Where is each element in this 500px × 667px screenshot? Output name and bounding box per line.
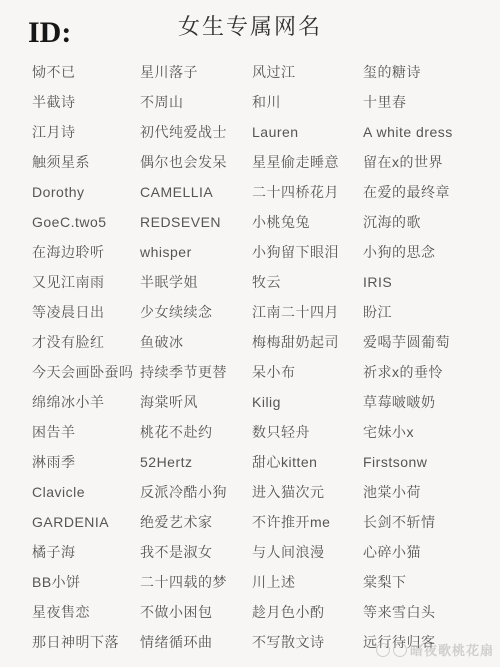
name-cell-r13c3: 数只轻舟 <box>252 422 363 442</box>
name-cell-r17c3: 与人间浪漫 <box>252 542 363 562</box>
name-cell-r6c2: REDSEVEN <box>140 214 252 230</box>
name-cell-r18c4: 棠梨下 <box>363 572 500 592</box>
name-cell-r7c3: 小狗留下眼泪 <box>252 242 363 262</box>
name-cell-r4c3: 星星偷走睡意 <box>252 152 363 172</box>
watermark-logo-icon <box>393 643 407 657</box>
name-cell-r2c1: 半截诗 <box>32 92 140 112</box>
name-cell-r17c2: 我不是淑女 <box>140 542 252 562</box>
name-cell-r19c1: 星夜售恋 <box>32 602 140 622</box>
name-cell-r9c1: 等凌晨日出 <box>32 302 140 322</box>
name-cell-r12c3: Kilig <box>252 394 363 410</box>
name-cell-r6c1: GoeC.two5 <box>32 214 140 230</box>
name-cell-r8c4: IRIS <box>363 274 500 290</box>
name-cell-r5c3: 二十四桥花月 <box>252 182 363 202</box>
name-cell-r20c2: 情绪循环曲 <box>140 632 252 652</box>
name-cell-r1c4: 玺的糖诗 <box>363 62 500 82</box>
name-cell-r19c2: 不做小困包 <box>140 602 252 622</box>
name-cell-r8c2: 半眠学姐 <box>140 272 252 292</box>
name-cell-r11c4: 祈求x的垂怜 <box>363 362 500 382</box>
name-cell-r5c2: CAMELLIA <box>140 184 252 200</box>
name-cell-r14c3: 甜心kitten <box>252 452 363 472</box>
name-cell-r1c2: 星川落子 <box>140 62 252 82</box>
name-cell-r5c1: Dorothy <box>32 184 140 200</box>
name-cell-r6c3: 小桃兔兔 <box>252 212 363 232</box>
name-cell-r17c4: 心碎小猫 <box>363 542 500 562</box>
name-cell-r18c3: 川上述 <box>252 572 363 592</box>
name-cell-r4c1: 触须星系 <box>32 152 140 172</box>
name-cell-r15c4: 池棠小荷 <box>363 482 500 502</box>
name-cell-r7c1: 在海边聆听 <box>32 242 140 262</box>
name-cell-r20c3: 不写散文诗 <box>252 632 363 652</box>
watermark: 暗夜歌桃花扇 <box>376 640 494 659</box>
name-cell-r10c4: 爱喝芋圆葡萄 <box>363 332 500 352</box>
name-cell-r8c3: 牧云 <box>252 272 363 292</box>
name-cell-r15c2: 反派冷酷小狗 <box>140 482 252 502</box>
name-cell-r3c4: A white dress <box>363 124 500 140</box>
name-cell-r13c2: 桃花不赴约 <box>140 422 252 442</box>
names-grid: 恸不已星川落子风过江玺的糖诗半截诗不周山和川十里春江月诗初代纯爱战士Lauren… <box>0 57 500 657</box>
name-cell-r2c4: 十里春 <box>363 92 500 112</box>
name-cell-r10c2: 鱼破冰 <box>140 332 252 352</box>
name-cell-r15c3: 进入猫次元 <box>252 482 363 502</box>
name-cell-r12c4: 草莓啵啵奶 <box>363 392 500 412</box>
name-cell-r1c3: 风过江 <box>252 62 363 82</box>
name-cell-r11c2: 持续季节更替 <box>140 362 252 382</box>
name-cell-r3c3: Lauren <box>252 124 363 140</box>
name-cell-r7c4: 小狗的思念 <box>363 242 500 262</box>
name-cell-r3c1: 江月诗 <box>32 122 140 142</box>
name-cell-r11c3: 呆小布 <box>252 362 363 382</box>
name-cell-r9c4: 盼江 <box>363 302 500 322</box>
name-cell-r2c3: 和川 <box>252 92 363 112</box>
name-cell-r6c4: 沉海的歌 <box>363 212 500 232</box>
name-cell-r13c4: 宅妹小x <box>363 422 500 442</box>
name-cell-r18c2: 二十四载的梦 <box>140 572 252 592</box>
name-cell-r12c1: 绵绵冰小羊 <box>32 392 140 412</box>
name-cell-r12c2: 海棠听风 <box>140 392 252 412</box>
name-cell-r16c2: 绝爱艺术家 <box>140 512 252 532</box>
name-cell-r15c1: Clavicle <box>32 484 140 500</box>
name-cell-r2c2: 不周山 <box>140 92 252 112</box>
name-cell-r1c1: 恸不已 <box>32 62 140 82</box>
name-cell-r17c1: 橘子海 <box>32 542 140 562</box>
watermark-logo-icon <box>376 643 390 657</box>
name-cell-r10c3: 梅梅甜奶起司 <box>252 332 363 352</box>
name-cell-r7c2: whisper <box>140 244 252 260</box>
name-cell-r16c1: GARDENIA <box>32 514 140 530</box>
name-cell-r9c3: 江南二十四月 <box>252 302 363 322</box>
name-cell-r20c1: 那日神明下落 <box>32 632 140 652</box>
name-cell-r5c4: 在爱的最终章 <box>363 182 500 202</box>
page-title: 女生专属网名 <box>0 10 500 41</box>
name-cell-r13c1: 困告羊 <box>32 422 140 442</box>
watermark-text: 暗夜歌桃花扇 <box>410 640 494 659</box>
name-cell-r11c1: 今天会画卧蚕吗 <box>32 362 140 382</box>
name-cell-r19c3: 趁月色小酌 <box>252 602 363 622</box>
name-cell-r9c2: 少女续续念 <box>140 302 252 322</box>
name-cell-r14c2: 52Hertz <box>140 454 252 470</box>
name-cell-r3c2: 初代纯爱战士 <box>140 122 252 142</box>
name-cell-r19c4: 等来雪白头 <box>363 602 500 622</box>
name-cell-r16c3: 不许推开me <box>252 512 363 532</box>
name-cell-r14c4: Firstsonw <box>363 454 500 470</box>
name-cell-r4c2: 偶尔也会发呆 <box>140 152 252 172</box>
name-cell-r10c1: 才没有脸红 <box>32 332 140 352</box>
page: ID: 女生专属网名 恸不已星川落子风过江玺的糖诗半截诗不周山和川十里春江月诗初… <box>0 0 500 667</box>
name-cell-r8c1: 又见江南雨 <box>32 272 140 292</box>
name-cell-r16c4: 长剑不斩情 <box>363 512 500 532</box>
name-cell-r4c4: 留在x的世界 <box>363 152 500 172</box>
name-cell-r18c1: BB小饼 <box>32 572 140 592</box>
name-cell-r14c1: 淋雨季 <box>32 452 140 472</box>
